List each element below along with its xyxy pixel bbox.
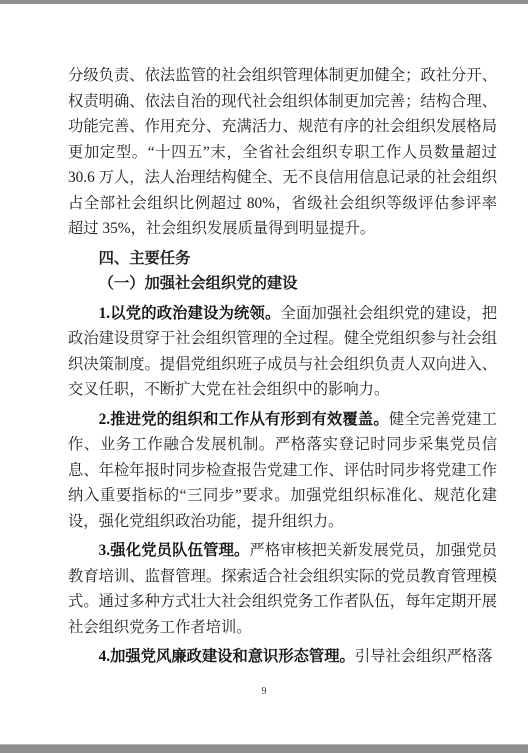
numbered-item: 2.推进党的组织和工作从有形到有效覆盖。健全完善党建工作、业务工作融合发展机制。… bbox=[68, 407, 497, 535]
item-lead: 2.推进党的组织和工作从有形到有效覆盖。 bbox=[99, 411, 389, 428]
page-separator-bottom bbox=[0, 745, 528, 753]
subsection-heading: （一）加强社会组织党的建设 bbox=[68, 271, 497, 297]
item-lead: 4.加强党风廉政建设和意识形态管理。 bbox=[99, 648, 355, 665]
item-lead: 3.强化党员队伍管理。 bbox=[99, 542, 250, 559]
numbered-item: 4.加强党风廉政建设和意识形态管理。引导社会组织严格落 bbox=[68, 644, 497, 670]
body-paragraph: 分级负责、依法监管的社会组织管理体制更加健全；政社分开、权责明确、依法自治的现代… bbox=[68, 63, 497, 242]
numbered-item: 1.以党的政治建设为统领。全面加强社会组织党的建设，把政治建设贯穿于社会组织管理… bbox=[68, 301, 497, 403]
numbered-item: 3.强化党员队伍管理。严格审核把关新发展党员，加强党员教育培训、监督管理。探索适… bbox=[68, 538, 497, 640]
page-number: 9 bbox=[0, 686, 528, 698]
item-lead: 1.以党的政治建设为统领。 bbox=[99, 305, 281, 322]
section-heading: 四、主要任务 bbox=[68, 246, 497, 272]
page-content: 分级负责、依法监管的社会组织管理体制更加健全；政社分开、权责明确、依法自治的现代… bbox=[68, 63, 497, 670]
document-page: 分级负责、依法监管的社会组织管理体制更加健全；政社分开、权责明确、依法自治的现代… bbox=[0, 4, 528, 745]
document-viewport: 分级负责、依法监管的社会组织管理体制更加健全；政社分开、权责明确、依法自治的现代… bbox=[0, 0, 528, 753]
